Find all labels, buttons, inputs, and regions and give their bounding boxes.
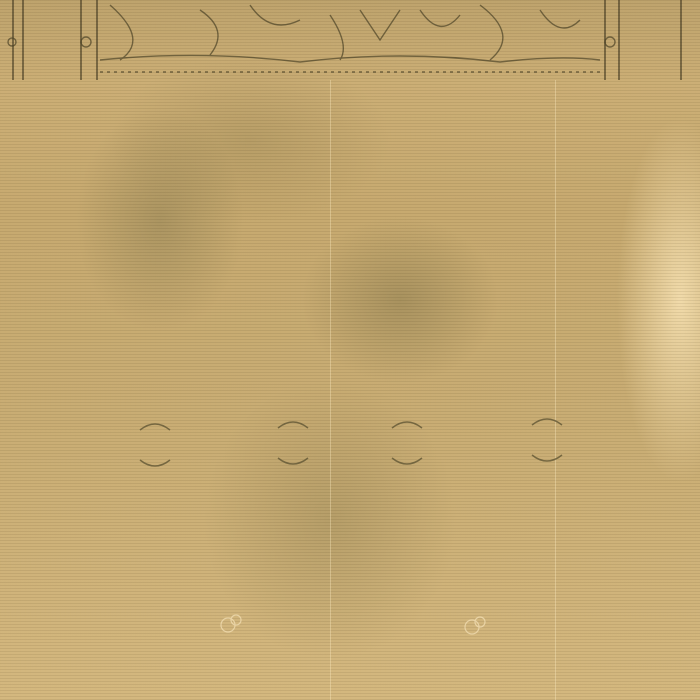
- rug-image: [0, 0, 700, 700]
- field-motifs: [0, 0, 700, 700]
